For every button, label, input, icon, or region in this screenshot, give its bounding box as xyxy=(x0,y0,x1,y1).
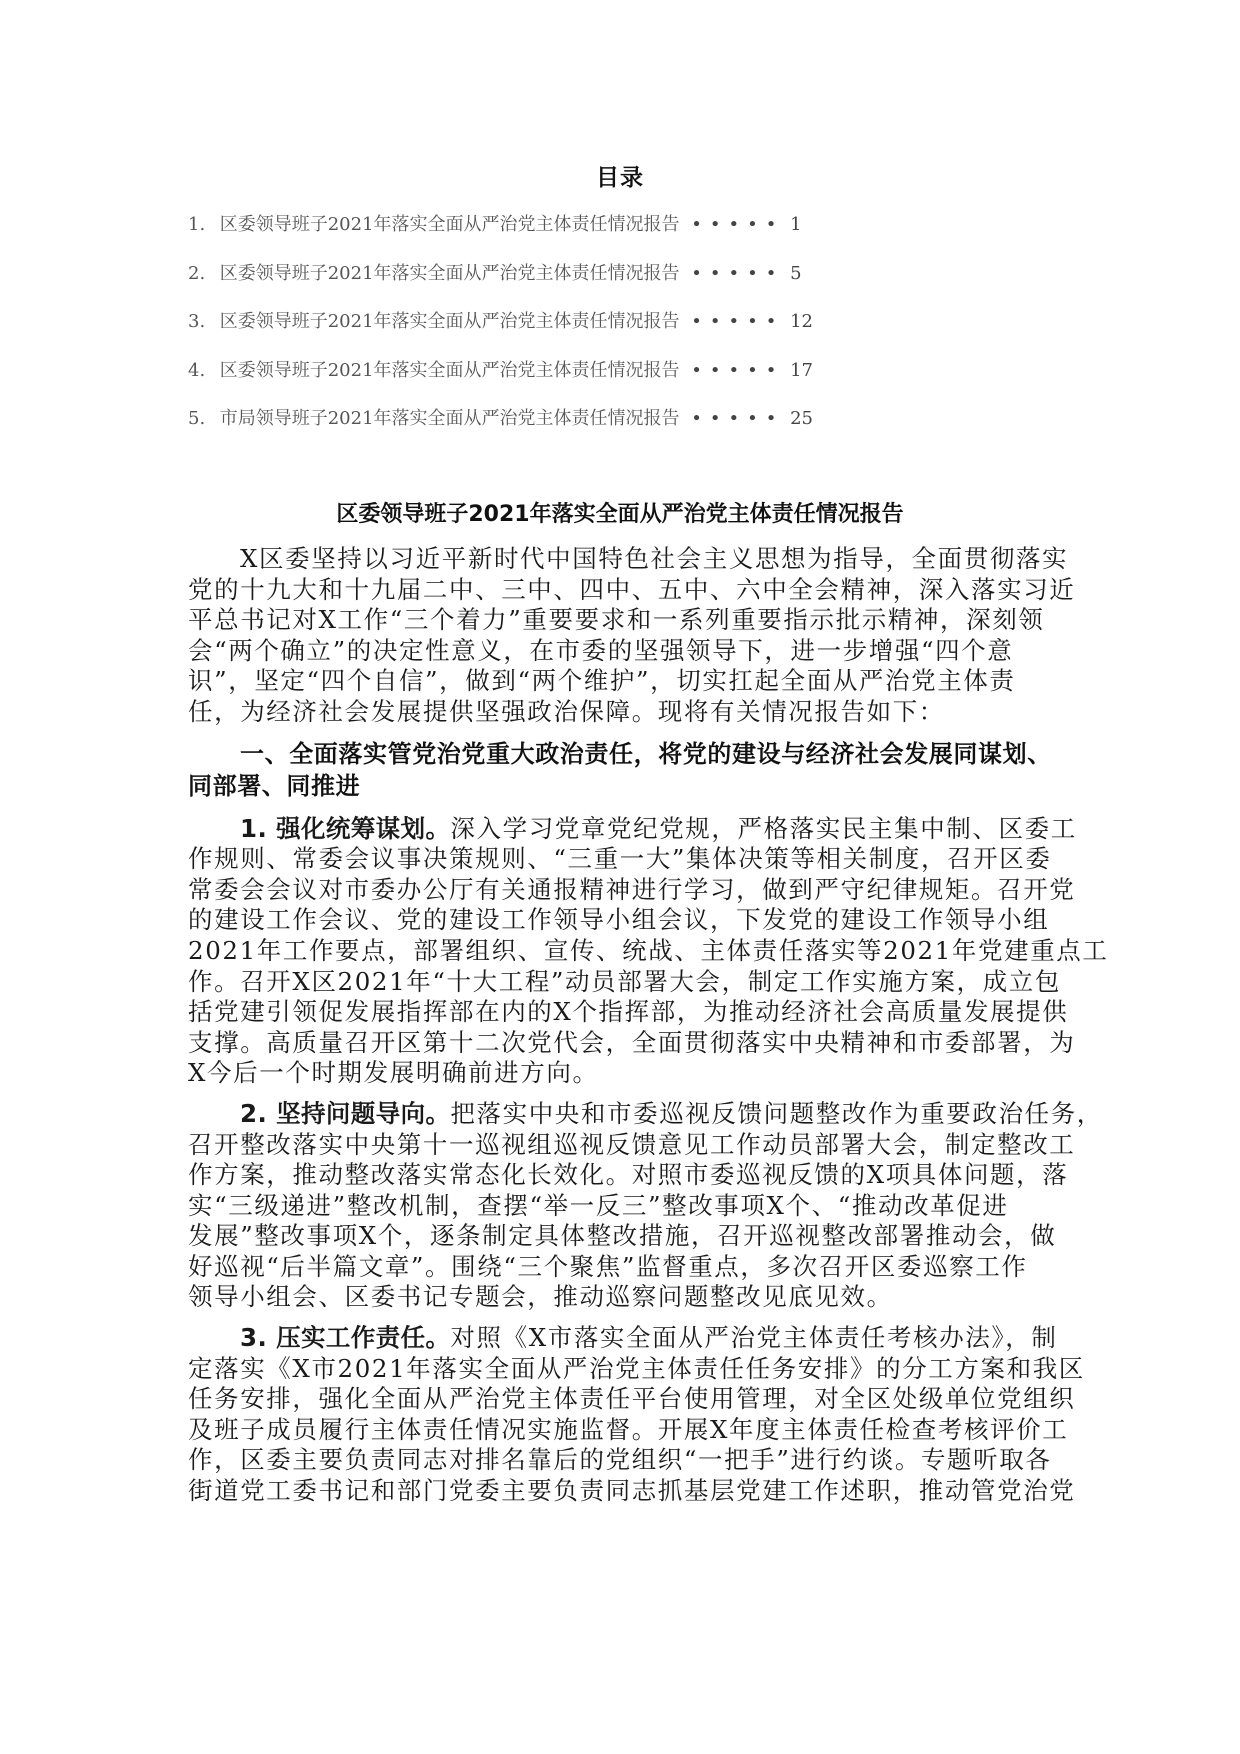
toc-item[interactable]: 3. 区委领导班子2021年落实全面从严治党主体责任情况报告 ••••• 12 xyxy=(188,309,888,358)
item-paragraph-1: 1. 强化统筹谋划。深入学习党章党纪党规，严格落实民主集中制、区委工 作规则、常… xyxy=(188,814,1054,1089)
toc-item-label: 区委领导班子2021年落实全面从严治党主体责任情况报告 xyxy=(220,311,680,332)
text-line: 街道党工委书记和部门党委主要负责同志抓基层党建工作述职，推动管党治党 xyxy=(188,1476,1054,1507)
toc-item-label: 市局领导班子2021年落实全面从严治党主体责任情况报告 xyxy=(220,408,680,429)
item-paragraph-3: 3. 压实工作责任。对照《X市落实全面从严治党主体责任考核办法》，制 定落实《X… xyxy=(188,1323,1054,1507)
text-line: 任，为经济社会发展提供坚强政治保障。现将有关情况报告如下： xyxy=(188,697,1054,728)
text-line: 的建设工作会议、党的建设工作领导小组会议，下发党的建设工作领导小组 xyxy=(188,905,1054,936)
text-run: 对照《X市落实全面从严治党主体责任考核办法》，制 xyxy=(450,1323,1057,1352)
text-line: 作方案，推动整改落实常态化长效化。对照市委巡视反馈的X项具体问题，落 xyxy=(188,1160,1054,1191)
toc-item-page: 25 xyxy=(790,408,813,429)
toc-item[interactable]: 2. 区委领导班子2021年落实全面从严治党主体责任情况报告 ••••• 5 xyxy=(188,261,888,310)
item-lead: 3. 压实工作责任。 xyxy=(240,1323,450,1352)
text-line: 支撑。高质量召开区第十二次党代会，全面贯彻落实中央精神和市委部署，为 xyxy=(188,1028,1054,1059)
toc-item[interactable]: 4. 区委领导班子2021年落实全面从严治党主体责任情况报告 ••••• 17 xyxy=(188,358,888,407)
toc-leader-dots: ••••• xyxy=(691,263,784,284)
text-line: 3. 压实工作责任。对照《X市落实全面从严治党主体责任考核办法》，制 xyxy=(188,1323,1054,1354)
toc-leader-dots: ••••• xyxy=(691,311,784,332)
text-line: 1. 强化统筹谋划。深入学习党章党纪党规，严格落实民主集中制、区委工 xyxy=(188,814,1054,845)
text-line: 会“两个确立”的决定性意义，在市委的坚强领导下，进一步增强“四个意 xyxy=(188,636,1054,667)
document-body: X区委坚持以习近平新时代中国特色社会主义思想为指导，全面贯彻落实 党的十九大和十… xyxy=(188,544,1054,1517)
toc-item-number: 1. xyxy=(188,212,214,238)
text-line: 好巡视“后半篇文章”。围绕“三个聚焦”监督重点，多次召开区委巡察工作 xyxy=(188,1252,1054,1283)
item-paragraph-2: 2. 坚持问题导向。把落实中央和市委巡视反馈问题整改作为重要政治任务， 召开整改… xyxy=(188,1099,1054,1313)
text-line: 作。召开X区2021年“十大工程”动员部署大会，制定工作实施方案，成立包 xyxy=(188,967,1054,998)
toc-item-page: 5 xyxy=(790,263,801,284)
text-line: 发展”整改事项X个，逐条制定具体整改措施，召开巡视整改部署推动会，做 xyxy=(188,1221,1054,1252)
text-line: 召开整改落实中央第十一巡视组巡视反馈意见工作动员部署大会，制定整改工 xyxy=(188,1130,1054,1161)
section-heading: 一、全面落实管党治党重大政治责任，将党的建设与经济社会发展同谋划、 同部署、同推… xyxy=(188,738,1054,802)
text-line: 作，区委主要负责同志对排名靠后的党组织“一把手”进行约谈。专题听取各 xyxy=(188,1445,1054,1476)
toc-item-number: 5. xyxy=(188,406,214,432)
toc-item-label: 区委领导班子2021年落实全面从严治党主体责任情况报告 xyxy=(220,360,680,381)
text-line: 作规则、常委会议事决策规则、“三重一大”集体决策等相关制度，召开区委 xyxy=(188,844,1054,875)
toc-item-label: 区委领导班子2021年落实全面从严治党主体责任情况报告 xyxy=(220,214,680,235)
toc-item-page: 17 xyxy=(790,360,813,381)
text-line: 定落实《X市2021年落实全面从严治党主体责任任务安排》的分工方案和我区 xyxy=(188,1354,1054,1385)
toc-item-page: 1 xyxy=(790,214,801,235)
text-line: 一、全面落实管党治党重大政治责任，将党的建设与经济社会发展同谋划、 xyxy=(188,738,1054,770)
toc-leader-dots: ••••• xyxy=(691,214,784,235)
toc-title: 目录 xyxy=(0,164,1240,192)
text-line: 2. 坚持问题导向。把落实中央和市委巡视反馈问题整改作为重要政治任务， xyxy=(188,1099,1054,1130)
text-line: 及班子成员履行主体责任情况实施监督。开展X年度主体责任检查考核评价工 xyxy=(188,1415,1054,1446)
toc-item[interactable]: 1. 区委领导班子2021年落实全面从严治党主体责任情况报告 ••••• 1 xyxy=(188,212,888,261)
item-lead: 1. 强化统筹谋划。 xyxy=(240,814,450,843)
text-line: 同部署、同推进 xyxy=(188,770,1054,802)
toc-item-page: 12 xyxy=(790,311,813,332)
document-page: 目录 1. 区委领导班子2021年落实全面从严治党主体责任情况报告 ••••• … xyxy=(0,0,1240,1754)
text-line: X今后一个时期发展明确前进方向。 xyxy=(188,1058,1054,1089)
text-run: 深入学习党章党纪党规，严格落实民主集中制、区委工 xyxy=(450,814,1076,843)
toc-leader-dots: ••••• xyxy=(691,408,784,429)
text-line: 党的十九大和十九届二中、三中、四中、五中、六中全会精神，深入落实习近 xyxy=(188,575,1054,606)
intro-paragraph: X区委坚持以习近平新时代中国特色社会主义思想为指导，全面贯彻落实 党的十九大和十… xyxy=(188,544,1054,728)
text-line: X区委坚持以习近平新时代中国特色社会主义思想为指导，全面贯彻落实 xyxy=(188,544,1054,575)
text-line: 常委会会议对市委办公厅有关通报精神进行学习，做到严守纪律规矩。召开党 xyxy=(188,875,1054,906)
toc-leader-dots: ••••• xyxy=(691,360,784,381)
text-line: 2021年工作要点，部署组织、宣传、统战、主体责任落实等2021年党建重点工 xyxy=(188,936,1054,967)
table-of-contents: 1. 区委领导班子2021年落实全面从严治党主体责任情况报告 ••••• 1 2… xyxy=(188,212,888,455)
toc-item-number: 3. xyxy=(188,309,214,335)
item-lead: 2. 坚持问题导向。 xyxy=(240,1099,450,1128)
document-title: 区委领导班子2021年落实全面从严治党主体责任情况报告 xyxy=(0,500,1240,530)
toc-item[interactable]: 5. 市局领导班子2021年落实全面从严治党主体责任情况报告 ••••• 25 xyxy=(188,406,888,455)
text-line: 平总书记对X工作“三个着力”重要要求和一系列重要指示批示精神，深刻领 xyxy=(188,605,1054,636)
text-run: 把落实中央和市委巡视反馈问题整改作为重要政治任务， xyxy=(450,1099,1103,1128)
toc-item-number: 4. xyxy=(188,358,214,384)
toc-item-number: 2. xyxy=(188,261,214,287)
text-line: 识”，坚定“四个自信”，做到“两个维护”，切实扛起全面从严治党主体责 xyxy=(188,666,1054,697)
toc-item-label: 区委领导班子2021年落实全面从严治党主体责任情况报告 xyxy=(220,263,680,284)
text-line: 领导小组会、区委书记专题会，推动巡察问题整改见底见效。 xyxy=(188,1282,1054,1313)
text-line: 实“三级递进”整改机制，查摆“举一反三”整改事项X个、“推动改革促进 xyxy=(188,1191,1054,1222)
text-line: 括党建引领促发展指挥部在内的X个指挥部，为推动经济社会高质量发展提供 xyxy=(188,997,1054,1028)
text-line: 任务安排，强化全面从严治党主体责任平台使用管理，对全区处级单位党组织 xyxy=(188,1384,1054,1415)
